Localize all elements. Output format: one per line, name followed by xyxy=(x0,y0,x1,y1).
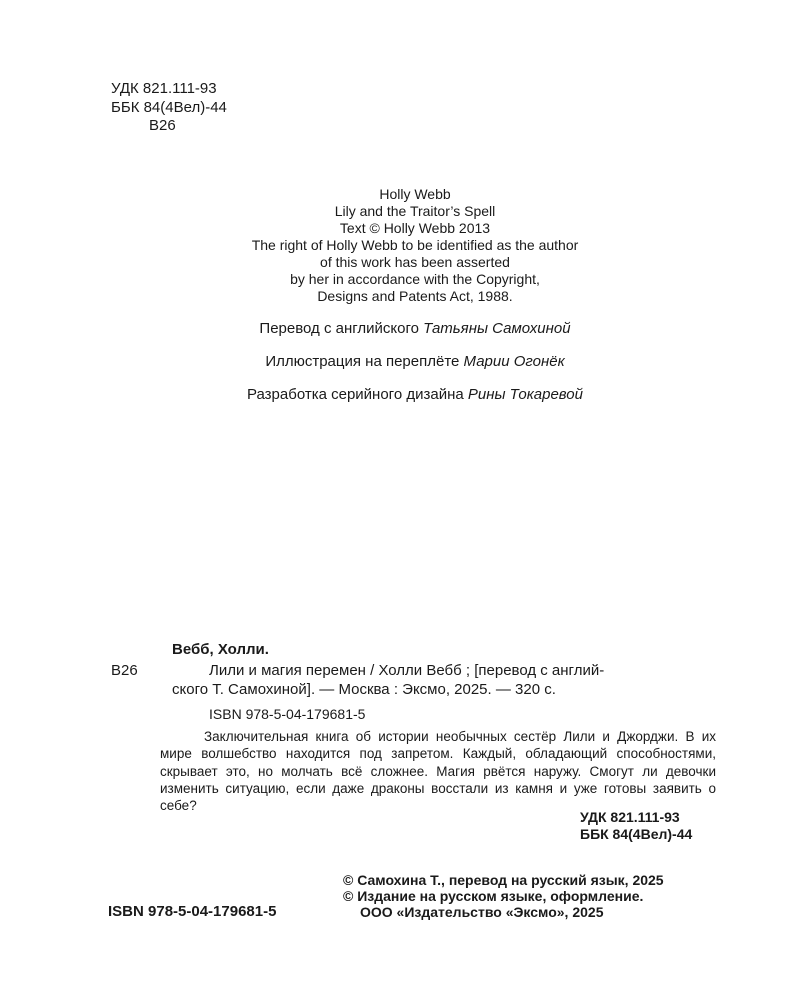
credit-name: Рины Токаревой xyxy=(468,386,583,403)
rights-line: The right of Holly Webb to be identified… xyxy=(150,237,680,254)
catalog-author-heading: Вебб, Холли. xyxy=(172,641,269,658)
rights-line: Lily and the Traitor’s Spell xyxy=(150,203,680,220)
catalog-author-sign: В26 xyxy=(111,662,138,679)
credit-designer: Разработка серийного дизайна Рины Токаре… xyxy=(150,386,680,404)
credit-translator: Перевод с английского Татьяны Самохиной xyxy=(150,320,680,338)
annotation: Заключительная книга об истории необычны… xyxy=(160,728,716,814)
copyright-line: © Издание на русском языке, оформление. xyxy=(343,888,643,905)
bbk-code: ББК 84(4Вел)-44 xyxy=(111,99,227,116)
credit-label: Разработка серийного дизайна xyxy=(247,386,468,403)
rights-line: of this work has been asserted xyxy=(150,254,680,271)
rights-line: by her in accordance with the Copyright, xyxy=(150,271,680,288)
credit-illustrator: Иллюстрация на переплёте Марии Огонёк xyxy=(150,353,680,371)
catalog-title-line-1: Лили и магия перемен / Холли Вебб ; [пер… xyxy=(209,662,604,679)
rights-line: Holly Webb xyxy=(150,186,680,203)
copyright-line: ООО «Издательство «Эксмо», 2025 xyxy=(360,904,603,921)
copyright-line: © Самохина Т., перевод на русский язык, … xyxy=(343,872,664,889)
footer-isbn: ISBN 978-5-04-179681-5 xyxy=(108,903,276,920)
credit-name: Татьяны Самохиной xyxy=(423,320,570,337)
catalog-udk: УДК 821.111-93 xyxy=(580,809,680,826)
rights-block: Holly Webb Lily and the Traitor’s Spell … xyxy=(150,186,680,305)
catalog-title-line-2: ского Т. Самохиной]. — Москва : Эксмо, 2… xyxy=(172,681,556,698)
credit-name: Марии Огонёк xyxy=(464,353,565,370)
credit-label: Иллюстрация на переплёте xyxy=(265,353,463,370)
catalog-bbk: ББК 84(4Вел)-44 xyxy=(580,826,692,843)
author-sign: В26 xyxy=(149,117,176,134)
rights-line: Designs and Patents Act, 1988. xyxy=(150,288,680,305)
credit-label: Перевод с английского xyxy=(259,320,423,337)
catalog-isbn: ISBN 978-5-04-179681-5 xyxy=(209,706,365,723)
annotation-text: Заключительная книга об истории необычны… xyxy=(160,728,716,814)
udk-code: УДК 821.111-93 xyxy=(111,80,217,97)
rights-line: Text © Holly Webb 2013 xyxy=(150,220,680,237)
